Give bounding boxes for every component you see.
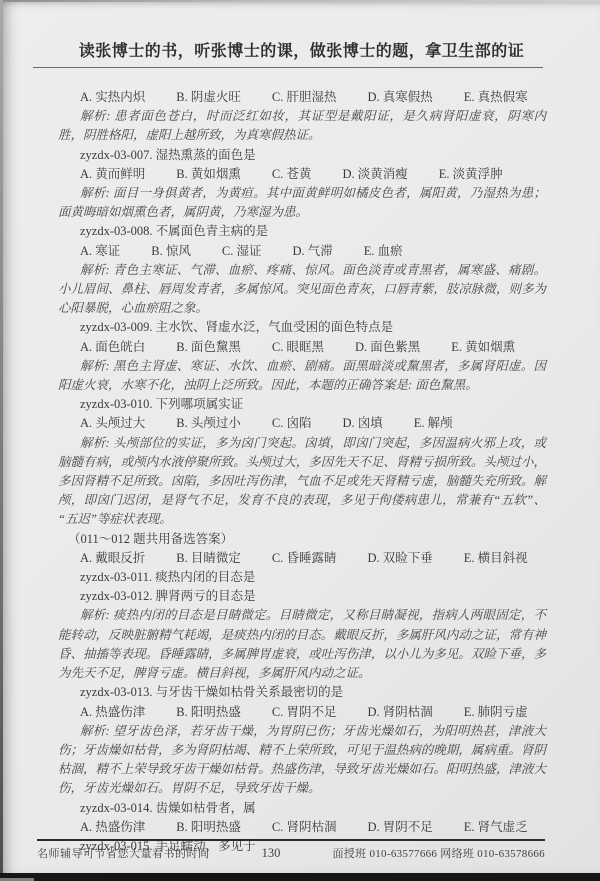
option-item: A. 实热内炽 <box>80 90 145 104</box>
option-item: D. 肾阴枯涸 <box>367 705 432 719</box>
option-item: A. 面色㿠白 <box>80 340 145 354</box>
question-line: zyzdx-03-014. 齿燥如枯骨者，属 <box>58 799 546 818</box>
scan-edge-left <box>0 0 3 881</box>
question-line: zyzdx-03-008. 不属面色青主病的是 <box>58 222 546 241</box>
options-line: A. 戴眼反折B. 目睛微定C. 昏睡露睛D. 双睑下垂E. 横目斜视 <box>58 549 546 568</box>
footer-slogan: 名师辅导可节省您大量看书的时间 <box>37 845 210 861</box>
options-line: A. 黄而鲜明B. 黄如烟熏C. 苍黄D. 淡黄消瘦E. 淡黄浮肿 <box>58 165 546 184</box>
footer-contact-phones: 面授班 010-63577666 网络班 010-63578666 <box>333 845 545 861</box>
page-header: 读张博士的书，听张博士的课，做张博士的题，拿卫生部的证 <box>3 2 600 68</box>
options-line: A. 热盛伤津B. 阳明热盛C. 肾阴枯涸D. 胃阴不足E. 肾气虚乏 <box>58 818 546 837</box>
option-item: C. 囟陷 <box>272 416 312 430</box>
option-item: C. 肝胆湿热 <box>272 90 337 104</box>
option-item: C. 肾阴枯涸 <box>272 820 337 834</box>
option-item: C. 湿证 <box>222 244 262 258</box>
option-item: B. 阳明热盛 <box>176 705 241 719</box>
analysis-paragraph: 解析: 黑色主肾虚、寒证、水饮、血瘀、剧痛。面黑暗淡或黧黑者，多属肾阳虚。因阳虚… <box>58 357 546 395</box>
question-line: zyzdx-03-011. 痰热内闭的目态是 <box>58 568 546 587</box>
scan-edge-bottom <box>0 873 600 881</box>
option-item: D. 真寒假热 <box>367 90 432 104</box>
page-header-slogan: 读张博士的书，听张博士的课，做张博士的题，拿卫生部的证 <box>3 42 600 62</box>
option-item: E. 黄如烟熏 <box>451 340 515 354</box>
option-item: E. 解颅 <box>414 416 453 430</box>
scanned-book-page: { "colors": { "page_bg_light": "#ededeb"… <box>0 0 600 881</box>
option-item: E. 淡黄浮肿 <box>439 167 503 181</box>
content: A. 实热内炽B. 阴虚火旺C. 肝胆湿热D. 真寒假热E. 真热假寒解析: 患… <box>3 88 600 856</box>
option-item: D. 双睑下垂 <box>367 551 432 565</box>
option-item: E. 横目斜视 <box>464 551 528 565</box>
option-item: C. 昏睡露睛 <box>272 551 337 565</box>
option-item: B. 目睛微定 <box>176 551 241 565</box>
question-line: zyzdx-03-010. 下列哪项属实证 <box>58 395 546 414</box>
analysis-paragraph: 解析: 痰热内闭的目态是目睛微定。目睛微定，又称目睛凝视，指病人两眼固定，不能转… <box>58 606 546 683</box>
question-line: zyzdx-03-009. 主水饮、肾虚水泛，气血受困的面色特点是 <box>58 318 546 337</box>
page-number: 130 <box>262 846 281 861</box>
option-item: A. 戴眼反折 <box>80 551 145 565</box>
question-line: zyzdx-03-013. 与牙齿干燥如枯骨关系最密切的是 <box>58 683 546 702</box>
options-line: A. 寒证B. 惊风C. 湿证D. 气滞E. 血瘀 <box>58 242 546 261</box>
analysis-paragraph: 解析: 患者面色苍白，时而泛红如妆，其证型是戴阳证，是久病肾阳虚衰，阴寒内胜，阴… <box>58 107 546 145</box>
scan-edge-top <box>0 0 600 2</box>
options-line: A. 实热内炽B. 阴虚火旺C. 肝胆湿热D. 真寒假热E. 真热假寒 <box>58 88 546 107</box>
analysis-paragraph: 解析: 望牙齿色泽，若牙齿干燥，为胃阴已伤；牙齿光燥如石，为阳明热甚，津液大伤；… <box>58 722 546 799</box>
option-item: B. 黄如烟熏 <box>176 167 241 181</box>
options-line: A. 头颅过大B. 头颅过小C. 囟陷D. 囟填E. 解颅 <box>58 414 546 433</box>
option-item: B. 头颅过小 <box>176 416 241 430</box>
option-item: E. 肺阴亏虚 <box>464 705 528 719</box>
footer-divider <box>37 839 545 841</box>
option-item: C. 胃阴不足 <box>272 705 337 719</box>
header-divider <box>33 67 543 68</box>
question-line: zyzdx-03-007. 湿热熏蒸的面色是 <box>58 146 546 165</box>
question-line: zyzdx-03-012. 脾肾两亏的目态是 <box>58 587 546 606</box>
options-line: A. 热盛伤津B. 阳明热盛C. 胃阴不足D. 肾阴枯涸E. 肺阴亏虚 <box>58 703 546 722</box>
analysis-paragraph: 解析: 头颅部位的实证，多为囟门突起。囟填，即囟门突起，多因温病火邪上攻，或脑髓… <box>58 434 546 530</box>
footer-row: 名师辅导可节省您大量看书的时间 130 面授班 010-63577666 网络班… <box>37 845 545 861</box>
analysis-paragraph: 解析: 面目一身俱黄者，为黄疸。其中面黄鲜明如橘皮色者，属阳黄，乃湿热为患；面黄… <box>58 184 546 222</box>
option-item: D. 面色紫黑 <box>355 340 420 354</box>
option-item: D. 囟填 <box>342 416 382 430</box>
option-item: B. 面色黧黑 <box>176 340 241 354</box>
shared-answers-note: （011～012 题共用备选答案） <box>58 530 546 549</box>
option-item: E. 肾气虚乏 <box>464 820 528 834</box>
option-item: D. 胃阴不足 <box>367 820 432 834</box>
option-item: A. 黄而鲜明 <box>80 167 145 181</box>
options-line: A. 面色㿠白B. 面色黧黑C. 眼眶黑D. 面色紫黑E. 黄如烟熏 <box>58 338 546 357</box>
page-footer: 名师辅导可节省您大量看书的时间 130 面授班 010-63577666 网络班… <box>3 839 600 861</box>
option-item: C. 苍黄 <box>272 167 312 181</box>
option-item: A. 头颅过大 <box>80 416 145 430</box>
option-item: B. 阳明热盛 <box>176 820 241 834</box>
option-item: A. 寒证 <box>80 244 120 258</box>
option-item: D. 淡黄消瘦 <box>342 167 407 181</box>
option-item: E. 血瘀 <box>364 244 403 258</box>
option-item: A. 热盛伤津 <box>80 705 145 719</box>
option-item: A. 热盛伤津 <box>80 820 145 834</box>
option-item: B. 惊风 <box>151 244 191 258</box>
option-item: D. 气滞 <box>292 244 332 258</box>
option-item: C. 眼眶黑 <box>272 340 324 354</box>
page-scan: 读张博士的书，听张博士的课，做张博士的题，拿卫生部的证 A. 实热内炽B. 阴虚… <box>3 2 600 873</box>
analysis-paragraph: 解析: 青色主寒证、气滞、血瘀、疼痛、惊风。面色淡青或青黑者，属寒盛、痛剧。小儿… <box>58 261 546 319</box>
option-item: B. 阴虚火旺 <box>176 90 241 104</box>
option-item: E. 真热假寒 <box>464 90 528 104</box>
